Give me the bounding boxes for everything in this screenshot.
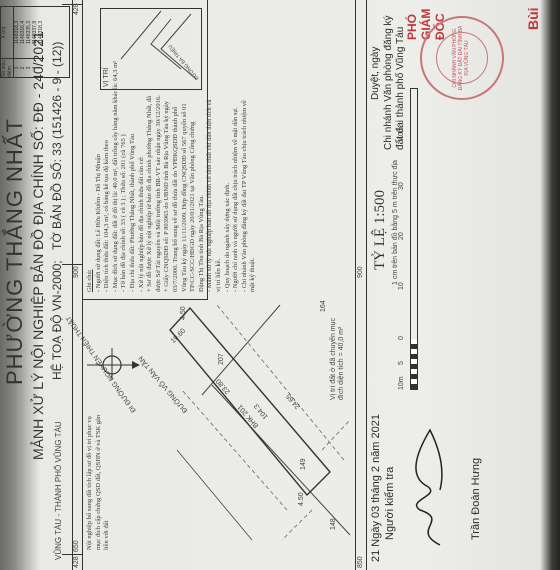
- scale-tick-label: 10m: [398, 376, 405, 390]
- frame-top-line: [72, 0, 73, 570]
- table-cell: 1: [38, 58, 44, 77]
- cadastral-map-sheet: 428 650 900 850 900 428 PHƯỜNG THẮNG NHẤ…: [0, 0, 560, 570]
- grid-tick: [62, 554, 82, 555]
- grid-label: 428: [73, 556, 80, 568]
- inspector-name: Trần Đoàn Hưng: [470, 458, 482, 540]
- ward-title: PHƯỜNG THẮNG NHẤT: [2, 118, 28, 385]
- neighbor-parcel: 149: [300, 458, 307, 470]
- note-line: - Mảnh xử lý nội nghiệp bản đồ địa chính…: [206, 7, 215, 292]
- scale-tick-label: 0: [398, 336, 405, 340]
- document-photo: 428 650 900 850 900 428 PHƯỜNG THẮNG NHẤ…: [0, 0, 560, 570]
- grid-label: 900: [73, 266, 80, 278]
- inspector-signature-icon: [400, 420, 460, 550]
- grid-label: 850: [357, 556, 364, 568]
- frame-bottom-line-inner: [366, 0, 367, 570]
- approval-org: Chi nhánh Văn phòng đăng ký đất đai thàn…: [383, 0, 407, 150]
- grid-tick: [62, 264, 82, 265]
- notes-heading: Ghi chú:: [86, 7, 95, 292]
- inspector-role: Người kiểm tra: [384, 467, 396, 540]
- neighbor-parcel: 164: [320, 300, 327, 312]
- neighbor-parcel: 148: [330, 518, 337, 530]
- coordinate-table-header: Số hiệu điểm X (m): [1, 7, 14, 77]
- header-cell: Số hiệu điểm: [1, 58, 13, 77]
- scale-tick-label: 30: [398, 182, 405, 190]
- parcel-map: [82, 300, 355, 570]
- parcel-side-front: 4.50: [298, 492, 305, 506]
- coordinate-table-body: 11148318,321148316,431148335,341148337,9…: [14, 7, 44, 77]
- scale-title: TỶ LỆ 1:500: [372, 190, 389, 270]
- scale-tick-label: 10: [398, 282, 405, 290]
- inspector-date: 21 Ngày 03 tháng 2 năm 2021: [370, 414, 382, 562]
- coordinate-table: Số hiệu điểm X (m) 11148318,321148316,43…: [0, 6, 70, 78]
- location-inset: VỊ TRÍ ĐƯỜNG BÀ TRIỆU: [100, 8, 202, 90]
- note-line: - Người chỉ ranh và người sử dụng đất ch…: [232, 7, 241, 292]
- note-line: - Chi nhánh Văn phòng đăng ký đất đai TP…: [241, 7, 250, 292]
- note-line: mặt kỹ thuật.: [249, 7, 258, 292]
- grid-label: 428: [73, 3, 80, 15]
- scale-bar: [410, 88, 418, 390]
- grid-label: 900: [357, 266, 364, 278]
- neighbor-parcel: 207: [218, 353, 225, 365]
- approval-date: Duyệt, ngày: [370, 47, 381, 100]
- note-line: vị trí liền kề.: [215, 7, 224, 292]
- city-label: VŨNG TÀU - THÀNH PHỐ VŨNG TÀU: [54, 421, 63, 560]
- official-stamp-icon: CHI NHÁNH VĂN PHÒNG ĐĂNG KÝ ĐẤT ĐAI TỈNH…: [420, 16, 504, 100]
- scale-tick-label: 20: [398, 232, 405, 240]
- grid-label: 650: [73, 540, 80, 552]
- land-note: Vị trí đất ở đã chuyển mục đích diện tíc…: [330, 305, 346, 400]
- note-line: - Quy hoạch do ngành xây dựng xác định.: [224, 7, 233, 292]
- table-cell: 1148318,3: [38, 7, 44, 58]
- coordinate-system: HỆ TOẠ ĐỘ VN-2000;: [50, 260, 64, 380]
- parcel-side-back: 4.50: [180, 306, 187, 320]
- table-row: 11148318,3: [38, 7, 44, 77]
- location-map: [101, 9, 201, 89]
- scale-tick-label: 5: [398, 361, 405, 365]
- header-cell: X (m): [1, 7, 13, 58]
- location-title: VỊ TRÍ: [103, 67, 110, 87]
- document-heading: MẢNH XỬ LÝ NỘI NGHIỆP BẢN ĐỒ ĐỊA CHÍNH S…: [30, 31, 46, 460]
- frame-bottom-line: [355, 0, 356, 570]
- approver-name: Bùi: [525, 7, 541, 30]
